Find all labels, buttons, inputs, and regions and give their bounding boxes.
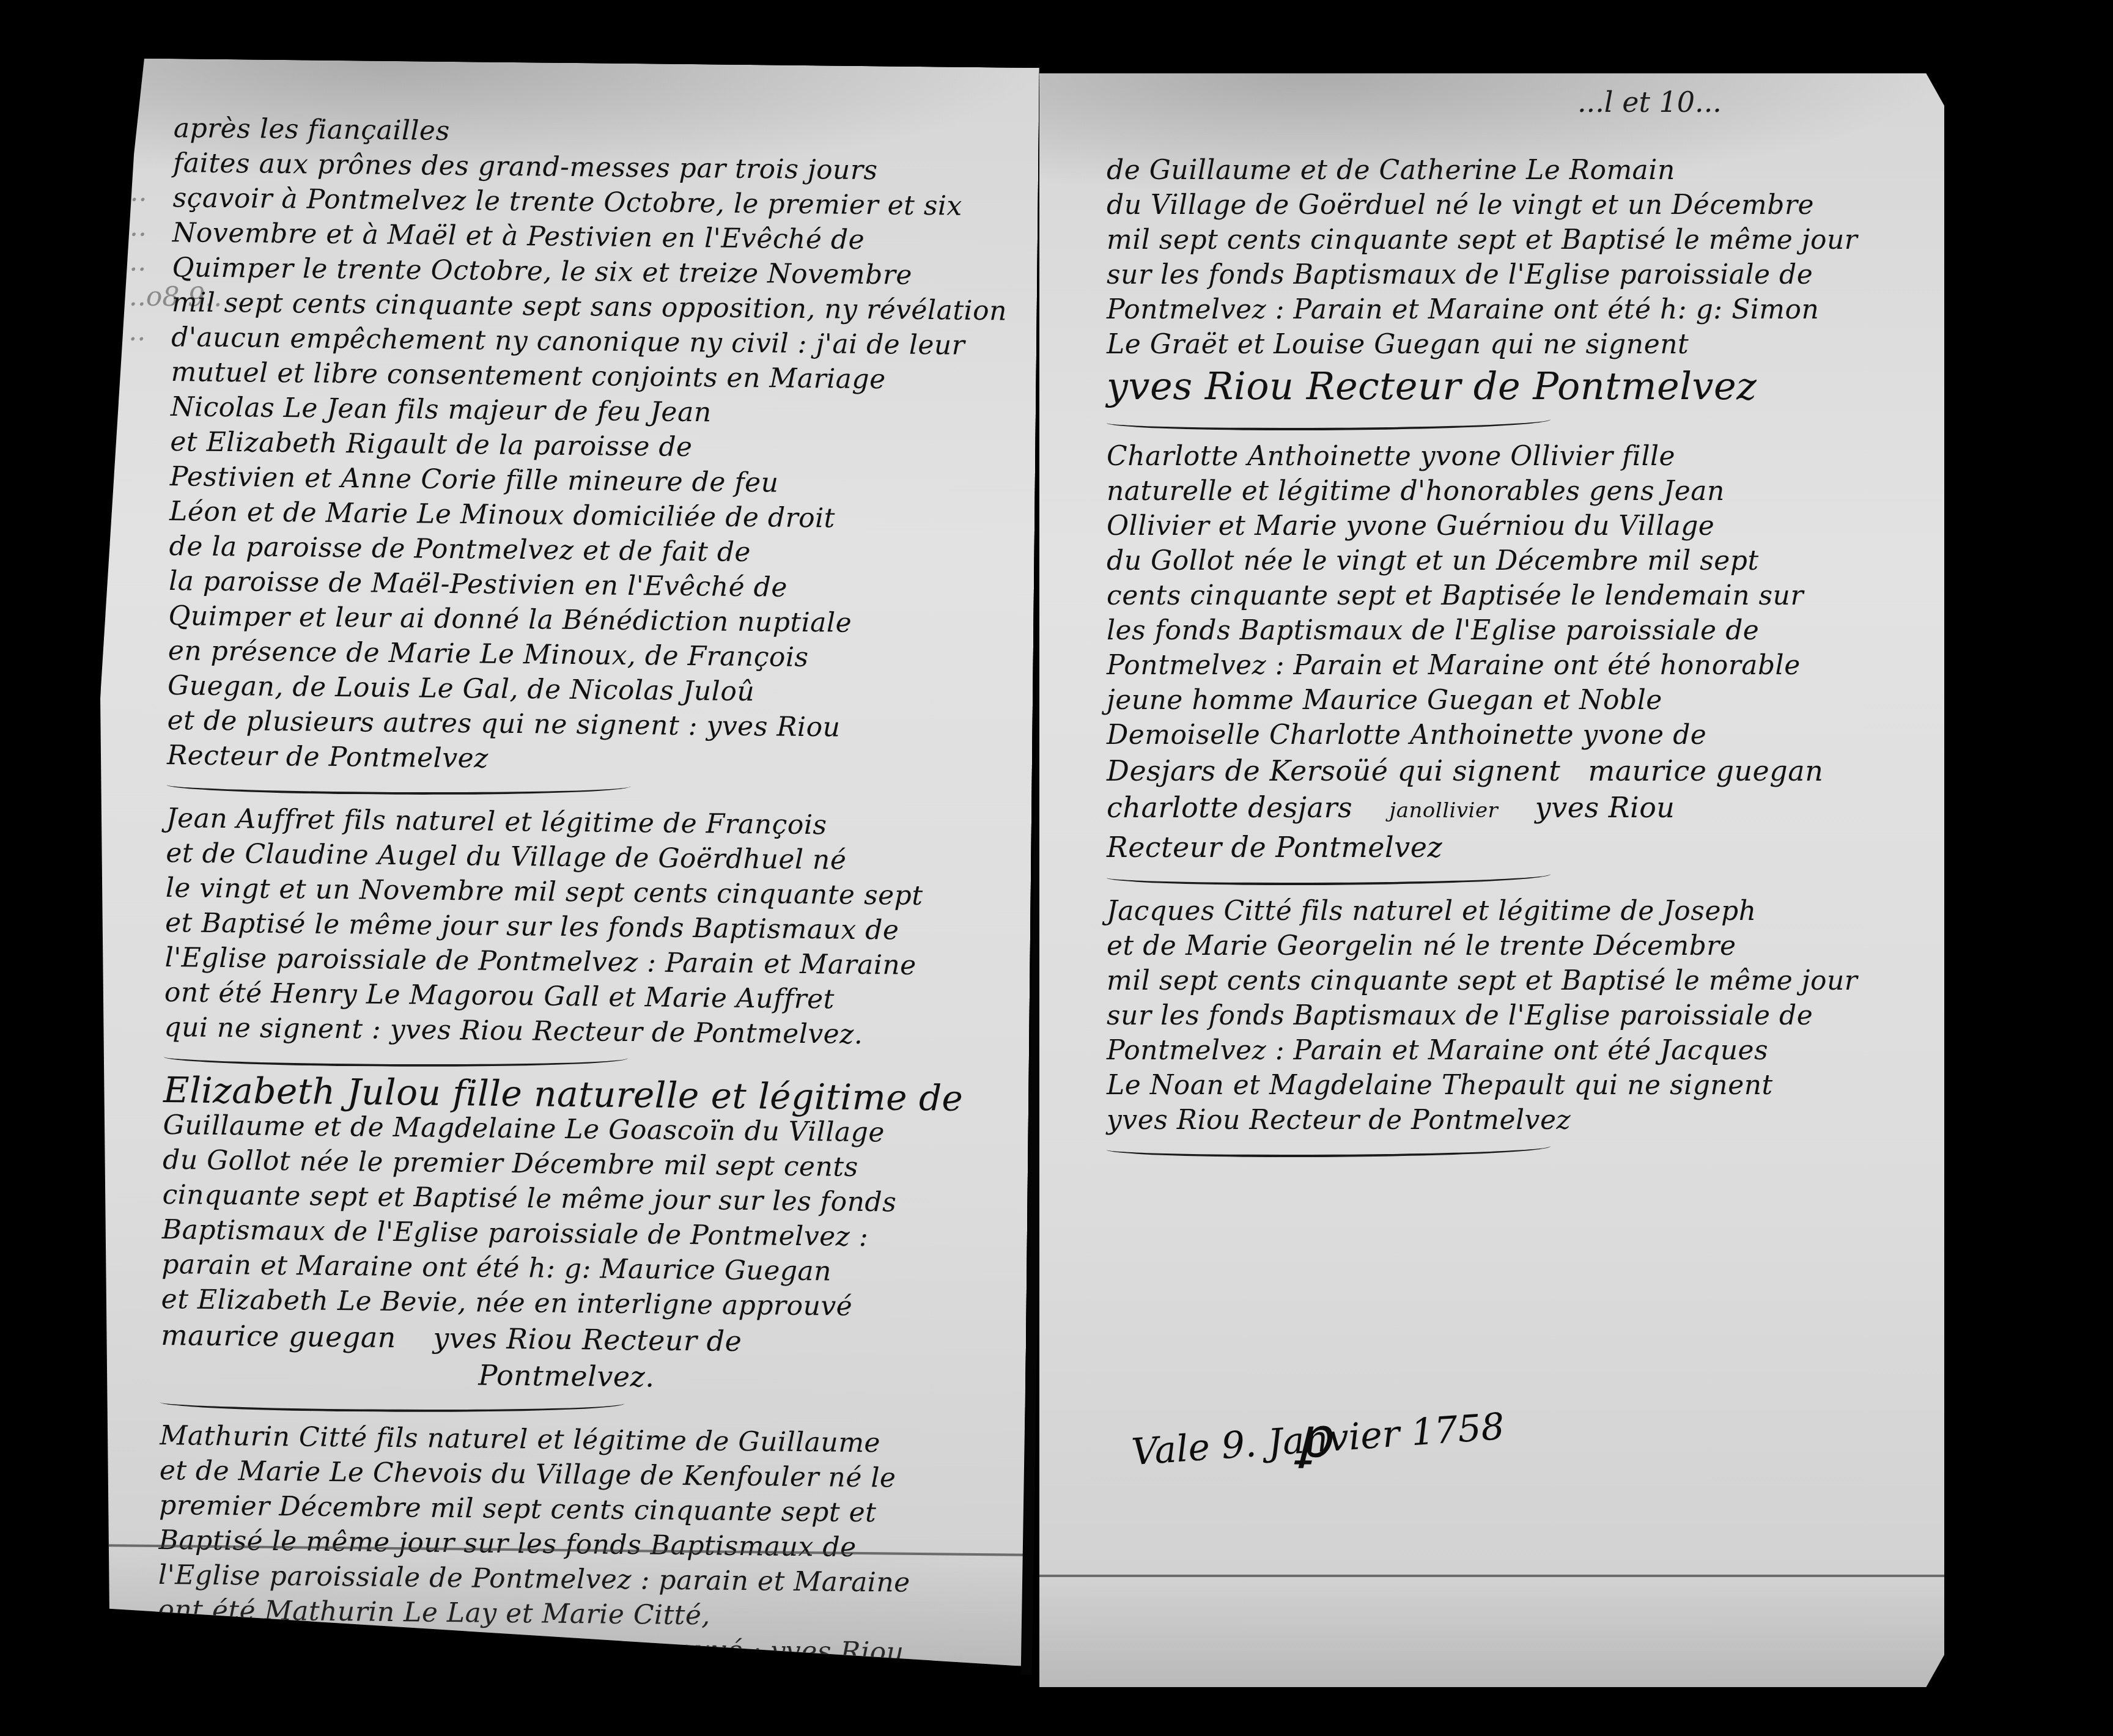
entry-line: naturelle et légitime d'honorables gens … bbox=[1107, 474, 1914, 509]
entry-line: Pontmelvez : Parain et Maraine ont été J… bbox=[1107, 1033, 1914, 1068]
entry-line: du Gollot née le vingt et un Décembre mi… bbox=[1107, 543, 1914, 578]
left-page-text: après les fiançailles faites aux prônes … bbox=[157, 111, 1017, 1666]
baptism-entry-mathurin-citte: Mathurin Citté fils naturel et légitime … bbox=[157, 1418, 1004, 1666]
scanned-register-spread: .. .. .. ..o8 9.. .. après les fiançaill… bbox=[0, 0, 2113, 1736]
marriage-entry-nicolas-le-jean: après les fiançailles faites aux prônes … bbox=[166, 111, 1017, 801]
separator-flourish bbox=[160, 1391, 624, 1414]
baptism-entry-continued: de Guillaume et de Catherine Le Romain d… bbox=[1107, 153, 1914, 430]
entry-line: cents cinquante sept et Baptisée le lend… bbox=[1107, 578, 1914, 613]
signature-line: Desjars de Kersoüé qui signent maurice g… bbox=[1107, 752, 1914, 789]
baptism-entry-charlotte-ollivier: Charlotte Anthoinette yvone Ollivier fil… bbox=[1107, 439, 1914, 885]
rector-signature: yves Riou bbox=[1535, 791, 1675, 824]
left-page: .. .. .. ..o8 9.. .. après les fiançaill… bbox=[90, 58, 1039, 1666]
rector-signature: Recteur de Pontmelvez bbox=[157, 1662, 1001, 1666]
paraph-mark-icon: ꝑ bbox=[1296, 1406, 1331, 1470]
signature-charlotte-desjars: charlotte desjars bbox=[1107, 791, 1352, 824]
entry-line: sur les fonds Baptismaux de l'Eglise par… bbox=[1107, 257, 1914, 292]
rector-signature: yves Riou Recteur de Pontmelvez bbox=[1107, 362, 1914, 411]
rector-signature: yves Riou Recteur de bbox=[433, 1322, 742, 1358]
entry-line: mil sept cents cinquante sept et Baptisé… bbox=[1107, 223, 1914, 257]
entry-line: mil sept cents cinquante sept et Baptisé… bbox=[1107, 963, 1914, 998]
entry-line: les fonds Baptismaux de l'Eglise paroiss… bbox=[1107, 613, 1914, 648]
entry-line: Pontmelvez : Parain et Maraine ont été h… bbox=[1107, 292, 1914, 327]
signature-maurice-guegan: maurice guegan bbox=[161, 1319, 396, 1354]
separator-flourish bbox=[1107, 412, 1551, 430]
baptism-entry-jean-auffret: Jean Auffret fils naturel et légitime de… bbox=[164, 801, 1010, 1073]
entry-line: Charlotte Anthoinette yvone Ollivier fil… bbox=[1107, 439, 1914, 474]
separator-flourish bbox=[1107, 867, 1551, 885]
entry-line: jeune homme Maurice Guegan et Noble bbox=[1107, 683, 1914, 718]
signature-line: charlotte desjars janollivier yves Riou bbox=[1107, 789, 1914, 829]
entry-line: de Guillaume et de Catherine Le Romain bbox=[1107, 153, 1914, 188]
entry-line: Le Graët et Louise Guegan qui ne signent bbox=[1107, 327, 1914, 362]
rector-parish: Recteur de Pontmelvez bbox=[1107, 829, 1914, 866]
baptism-entry-jacques-citte: Jacques Citté fils naturel et légitime d… bbox=[1107, 894, 1914, 1157]
signature-jan-ollivier: janollivier bbox=[1390, 798, 1499, 823]
entry-line: sur les fonds Baptismaux de l'Eglise par… bbox=[1107, 998, 1914, 1033]
separator-flourish bbox=[166, 774, 630, 797]
baptism-entry-elizabeth-julou: Elizabeth Julou fille naturelle et légit… bbox=[160, 1073, 1008, 1418]
entry-line: Jacques Citté fils naturel et légitime d… bbox=[1107, 894, 1914, 929]
separator-flourish bbox=[164, 1046, 628, 1069]
entry-line: Pontmelvez : Parain et Maraine ont été h… bbox=[1107, 648, 1914, 683]
entry-line: Demoiselle Charlotte Anthoinette yvone d… bbox=[1107, 718, 1914, 752]
entry-line: Desjars de Kersoüé qui signent bbox=[1107, 754, 1560, 787]
signature-maurice-guegan: maurice guegan bbox=[1588, 754, 1824, 787]
right-page: ...l et 10... de Guillaume et de Catheri… bbox=[1039, 73, 1944, 1687]
right-page-text: de Guillaume et de Catherine Le Romain d… bbox=[1107, 153, 1914, 1166]
entry-line: et de Marie Georgelin né le trente Décem… bbox=[1107, 929, 1914, 963]
separator-flourish bbox=[1107, 1139, 1551, 1157]
entry-line: Le Noan et Magdelaine Thepault qui ne si… bbox=[1107, 1068, 1914, 1103]
entry-line: du Village de Goërduel né le vingt et un… bbox=[1107, 188, 1914, 223]
entry-line: Ollivier et Marie yvone Guérniou du Vill… bbox=[1107, 509, 1914, 543]
torn-fragment-text: ...l et 10... bbox=[1577, 86, 1722, 119]
burned-edge-bottom bbox=[1039, 1575, 1944, 1687]
rector-signature: yves Riou Recteur de Pontmelvez bbox=[1107, 1103, 1914, 1138]
